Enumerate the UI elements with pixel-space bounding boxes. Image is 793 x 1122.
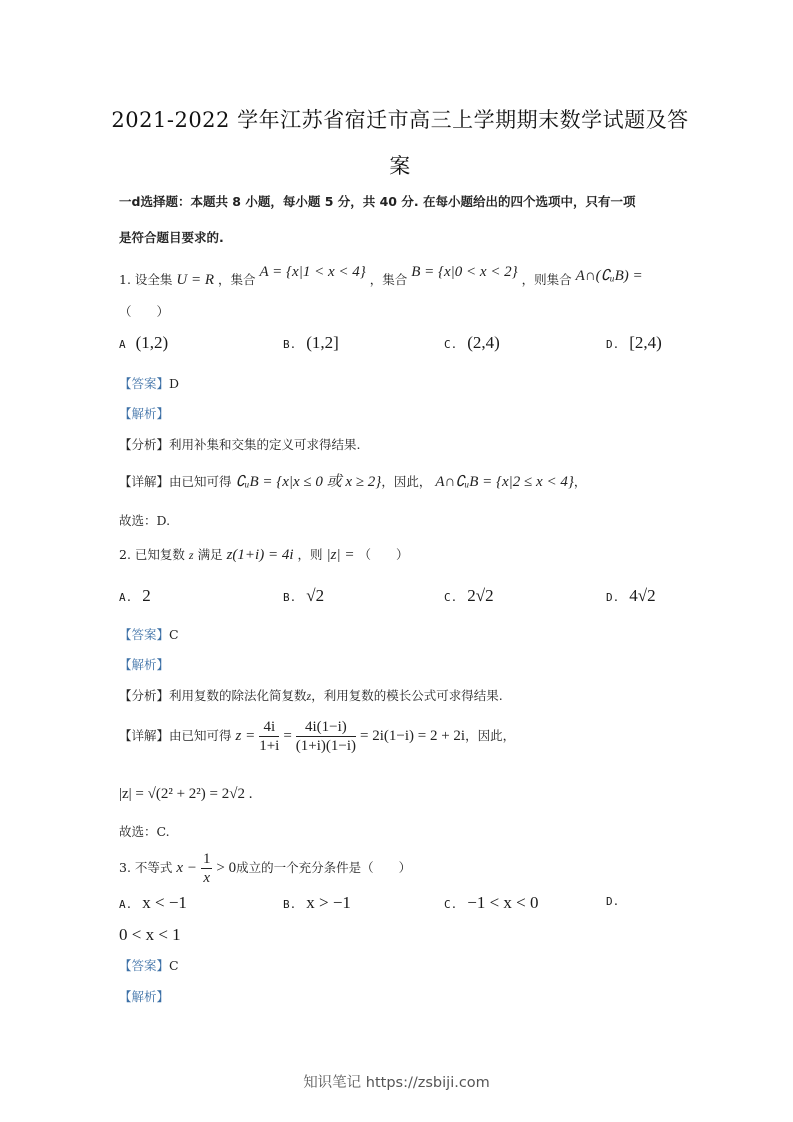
question-1-blank: （ ） bbox=[119, 302, 169, 320]
stem-math: U = R bbox=[176, 272, 214, 288]
question-2-option-c: C.2√2 bbox=[444, 586, 494, 606]
stem-math: A = {x|1 < x < 4} bbox=[260, 264, 366, 280]
fraction: 4i(1−i)(1+i)(1−i) bbox=[296, 718, 356, 755]
stem-text: ，则集合 bbox=[522, 272, 572, 287]
stem-math: B = {x|0 < x < 2} bbox=[411, 264, 517, 280]
question-1-option-c: C.(2,4) bbox=[444, 333, 500, 353]
question-2-option-a: A.2 bbox=[119, 586, 151, 606]
section-header-line1: 一d选择题：本题共 8 小题，每小题 5 分，共 40 分. 在每小题给出的四个… bbox=[119, 192, 635, 210]
question-3-option-c: C.−1 < x < 0 bbox=[444, 893, 539, 913]
question-2-modulus: |z| = √(2² + 2²) = 2√2 . bbox=[119, 786, 253, 803]
question-2-answer: 【答案】C bbox=[119, 625, 179, 643]
question-2-option-b: B.√2 bbox=[283, 586, 324, 606]
question-1-option-b: B.(1,2] bbox=[283, 333, 339, 353]
question-number: 1. bbox=[119, 272, 131, 287]
question-1-stem: 1. 设全集 U = R ，集合 A = {x|1 < x < 4} ，集合 B… bbox=[119, 270, 643, 289]
question-1-option-a: A(1,2) bbox=[119, 333, 168, 353]
question-2-stem: 2. 已知复数 z 满足 z(1+i) = 4i ，则 |z| = （ ） bbox=[119, 545, 408, 564]
question-1-conclusion: 故选：D. bbox=[119, 511, 170, 529]
footer-watermark: 知识笔记 https://zsbiji.com bbox=[0, 1071, 793, 1092]
fraction: 1x bbox=[201, 850, 213, 887]
question-3-stem: 3. 不等式 x − 1x > 0成立的一个充分条件是（ ） bbox=[119, 850, 411, 887]
stem-text: 设全集 bbox=[135, 272, 173, 287]
question-3-option-d-value: 0 < x < 1 bbox=[119, 925, 181, 945]
question-3-option-a: A.x < −1 bbox=[119, 893, 187, 913]
document-title-line1: 2021-2022 学年江苏省宿迁市高三上学期期末数学试题及答 bbox=[110, 104, 690, 134]
question-2-xiangjie: 【详解】由已知可得 z = 4i1+i = 4i(1−i)(1+i)(1−i) … bbox=[119, 718, 515, 755]
question-1-answer: 【答案】D bbox=[119, 374, 179, 392]
question-2-analysis-tag: 【解析】 bbox=[119, 655, 169, 673]
document-title-line2: 案 bbox=[110, 150, 690, 180]
question-1-analysis-tag: 【解析】 bbox=[119, 404, 169, 422]
question-3-answer: 【答案】C bbox=[119, 956, 179, 974]
question-3-option-b: B.x > −1 bbox=[283, 893, 351, 913]
question-2-fenxi: 【分析】利用复数的除法化简复数z，利用复数的模长公式可求得结果. bbox=[119, 686, 503, 704]
question-3-analysis-tag: 【解析】 bbox=[119, 987, 169, 1005]
question-1-xiangjie: 【详解】由已知可得 ∁ᵤB = {x|x ≤ 0 或 x ≥ 2}，因此， A∩… bbox=[119, 470, 586, 491]
fraction: 4i1+i bbox=[259, 718, 279, 755]
section-header-line2: 是符合题目要求的. bbox=[119, 228, 224, 246]
stem-text: ，集合 bbox=[218, 272, 256, 287]
question-2-conclusion: 故选：C. bbox=[119, 822, 170, 840]
stem-text: ，集合 bbox=[370, 272, 408, 287]
question-3-option-d-label: D. bbox=[606, 893, 629, 908]
stem-math: A∩(∁ᵤB) = bbox=[576, 268, 643, 284]
question-1-option-d: D.[2,4) bbox=[606, 333, 662, 353]
question-2-option-d: D.4√2 bbox=[606, 586, 656, 606]
question-1-fenxi: 【分析】利用补集和交集的定义可求得结果. bbox=[119, 435, 361, 453]
exam-document-page: 2021-2022 学年江苏省宿迁市高三上学期期末数学试题及答 案 一d选择题：… bbox=[0, 0, 793, 1122]
